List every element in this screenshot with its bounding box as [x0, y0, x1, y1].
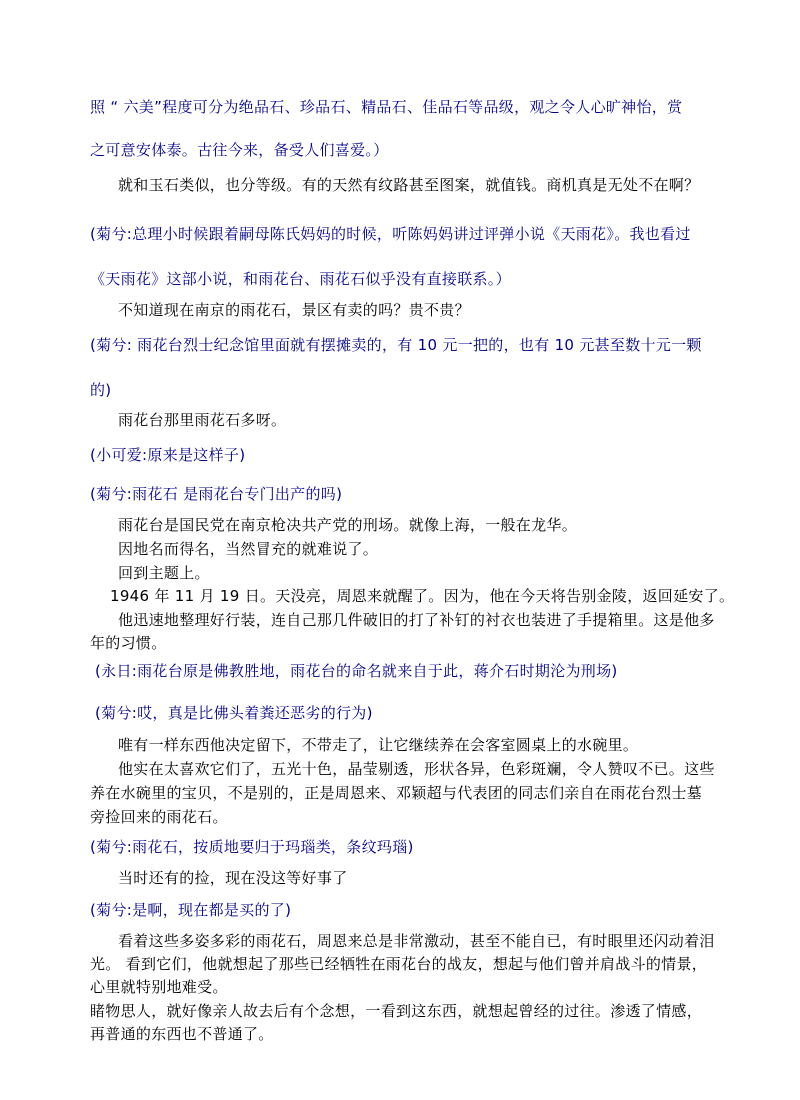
- narration-line: 就和玉石类似，也分等级。有的天然有纹路甚至图案，就值钱。商机真是无处不在啊？: [90, 174, 712, 197]
- narration-line: 不知道现在南京的雨花石，景区有卖的吗？贵不贵？: [90, 299, 712, 322]
- comment-line: (小可爱:原来是这样子): [90, 444, 712, 467]
- narration-line: 因地名而得名，当然冒充的就难说了。: [90, 538, 712, 561]
- comment-line: (菊兮: 雨花台烈士纪念馆里面就有摆摊卖的，有 10 元一把的，也有 10 元甚…: [90, 334, 712, 357]
- narration-line: 雨花台是国民党在南京枪决共产党的刑场。就像上海，一般在龙华。: [90, 514, 712, 537]
- comment-line: (菊兮:雨花石 是雨花台专门出产的吗): [90, 483, 712, 506]
- narration-line: 旁捡回来的雨花石。: [90, 806, 712, 829]
- comment-line: (菊兮:哎，真是比佛头着粪还恶劣的行为): [90, 702, 712, 725]
- comment-line: (菊兮:雨花石，按质地要归于玛瑙类，条纹玛瑙): [90, 836, 712, 859]
- narration-line: 回到主题上。: [90, 562, 712, 585]
- narration-line: 光。 看到它们，他就想起了那些已经牺牲在雨花台的战友，想起与他们曾并肩战斗的情景…: [90, 953, 712, 976]
- narration-line: 雨花台那里雨花石多呀。: [90, 409, 712, 432]
- comment-line: (永日:雨花台原是佛教胜地，雨花台的命名就来自于此，蒋介石时期沦为刑场): [90, 660, 712, 683]
- comment-line: 《天雨花》这部小说，和雨花台、雨花石似乎没有直接联系。）: [90, 268, 712, 291]
- narration-line: 当时还有的捡，现在没这等好事了: [90, 867, 712, 890]
- comment-line: (菊兮:总理小时候跟着嗣母陈氏妈妈的时候，听陈妈妈讲过评弹小说《天雨花》。我也看…: [90, 223, 712, 246]
- narration-line: 看着这些多姿多彩的雨花石，周恩来总是非常激动，甚至不能自已，有时眼里还闪动着泪: [90, 930, 712, 953]
- comment-line: 的): [90, 379, 712, 402]
- comment-line: 照 “ 六美”程度可分为绝品石、珍品石、精品石、佳品石等品级，观之令人心旷神怡，…: [90, 96, 712, 119]
- narration-line: 唯有一样东西他决定留下，不带走了，让它继续养在会客室圆桌上的水碗里。: [90, 734, 712, 757]
- narration-line: 心里就特别地难受。: [90, 976, 712, 999]
- narration-line: 再普通的东西也不普通了。: [90, 1023, 712, 1046]
- document-page: 照 “ 六美”程度可分为绝品石、珍品石、精品石、佳品石等品级，观之令人心旷神怡，…: [0, 0, 800, 1100]
- comment-line: 之可意安体泰。古往今来，备受人们喜爱。）: [90, 139, 712, 162]
- comment-line: (菊兮:是啊，现在都是买的了): [90, 899, 712, 922]
- narration-line: 年的习惯。: [90, 632, 712, 655]
- narration-line: 睹物思人，就好像亲人故去后有个念想，一看到这东西，就想起曾经的过往。渗透了情感，: [90, 1000, 712, 1023]
- narration-line: 他迅速地整理好行装，连自己那几件破旧的打了补钉的衬衣也装进了手提箱里。这是他多: [90, 609, 712, 632]
- narration-line: 1946 年 11 月 19 日。天没亮，周恩来就醒了。因为，他在今天将告别金陵…: [90, 585, 712, 608]
- narration-line: 养在水碗里的宝贝，不是别的，正是周恩来、邓颖超与代表团的同志们亲自在雨花台烈士墓: [90, 782, 712, 805]
- narration-line: 他实在太喜欢它们了，五光十色，晶莹剔透，形状各异，色彩斑斓，令人赞叹不已。这些: [90, 758, 712, 781]
